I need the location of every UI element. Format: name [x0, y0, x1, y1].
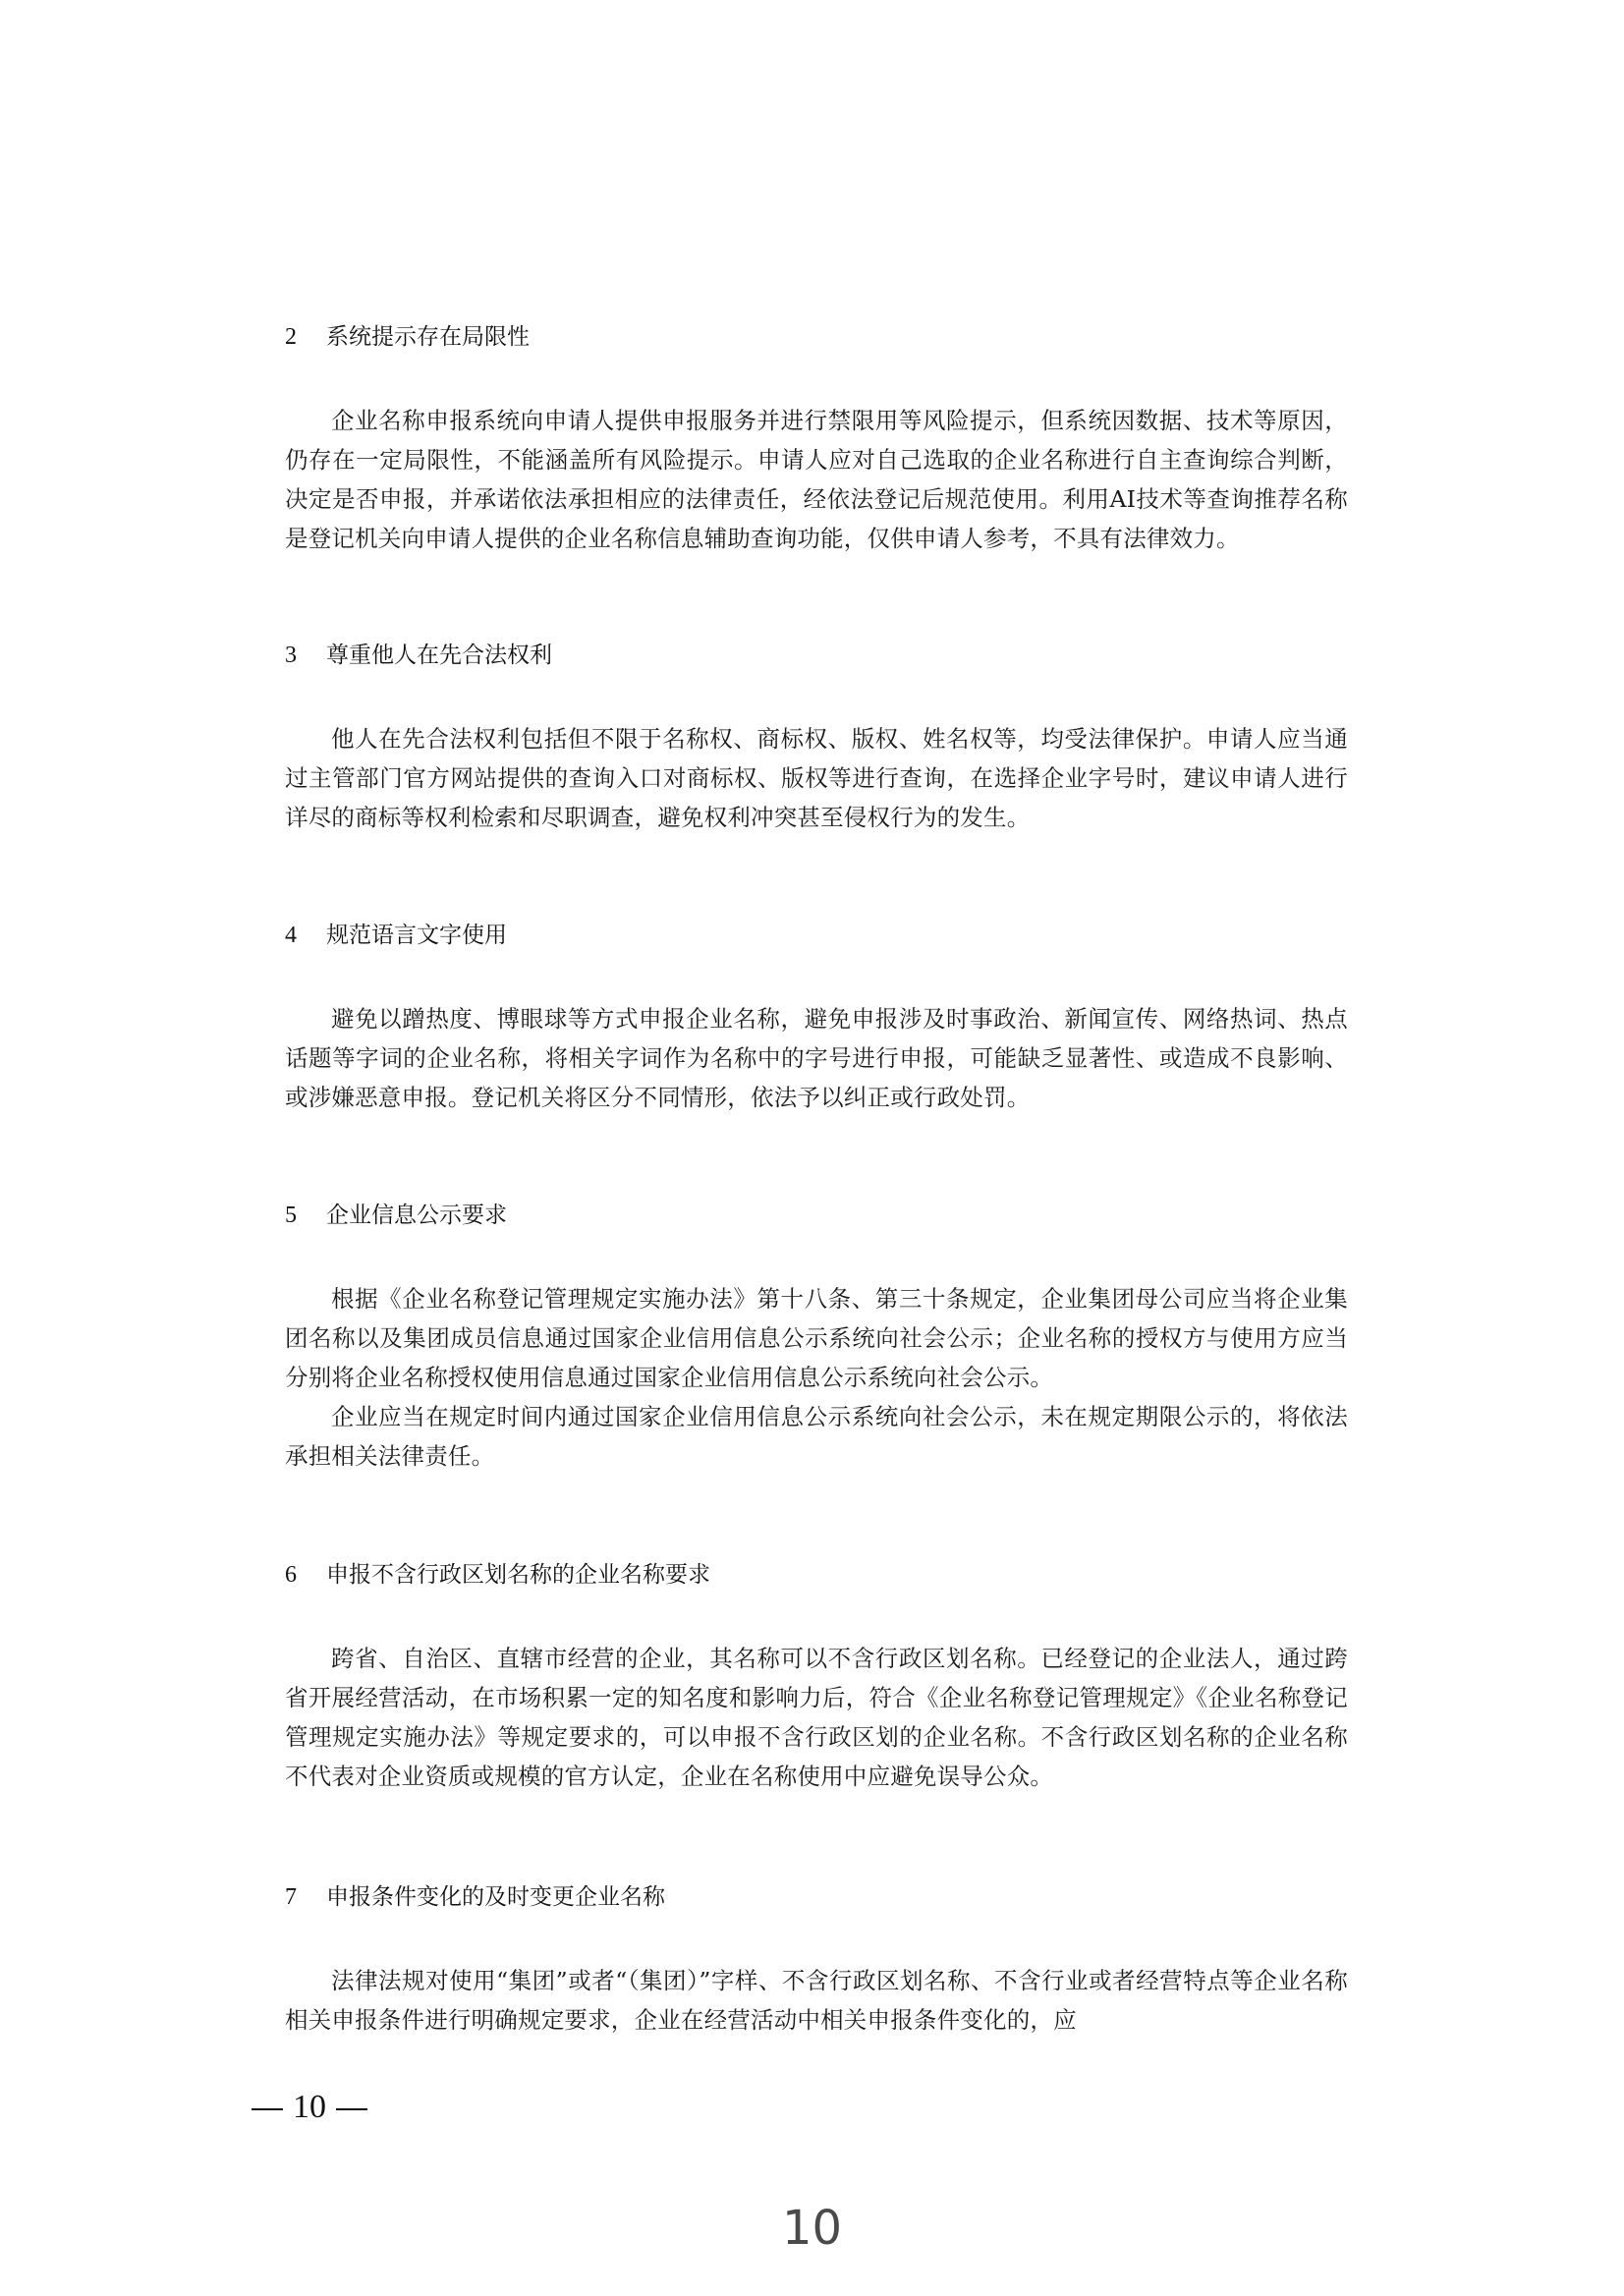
paragraph: 企业名称申报系统向申请人提供申报服务并进行禁限用等风险提示，但系统因数据、技术等…	[285, 401, 1348, 558]
paragraph: 跨省、自治区、直辖市经营的企业，其名称可以不含行政区划名称。已经登记的企业法人，…	[285, 1639, 1348, 1796]
section-heading: 6申报不含行政区划名称的企业名称要求	[285, 1560, 1348, 1590]
dash-right	[336, 2108, 367, 2110]
viewer-page-number: 10	[0, 2201, 1624, 2256]
document-page: 2系统提示存在局限性 企业名称申报系统向申请人提供申报服务并进行禁限用等风险提示…	[0, 0, 1624, 2296]
section-title: 企业信息公示要求	[326, 1203, 507, 1228]
paragraph: 企业应当在规定时间内通过国家企业信用信息公示系统向社会公示，未在规定期限公示的，…	[285, 1397, 1348, 1476]
section-title: 系统提示存在局限性	[326, 324, 530, 350]
section-heading: 5企业信息公示要求	[285, 1201, 1348, 1230]
section-heading: 3尊重他人在先合法权利	[285, 641, 1348, 670]
section-3: 3尊重他人在先合法权利 他人在先合法权利包括但不限于名称权、商标权、版权、姓名权…	[285, 641, 1348, 837]
section-heading: 2系统提示存在局限性	[285, 322, 1348, 352]
paragraph: 法律法规对使用“集团”或者“（集团）”字样、不含行政区划名称、不含行业或者经营特…	[285, 1961, 1348, 2040]
section-title: 申报条件变化的及时变更企业名称	[326, 1884, 665, 1910]
section-2: 2系统提示存在局限性 企业名称申报系统向申请人提供申报服务并进行禁限用等风险提示…	[285, 322, 1348, 558]
section-number: 5	[285, 1201, 326, 1230]
section-title: 申报不含行政区划名称的企业名称要求	[326, 1562, 710, 1588]
section-title: 尊重他人在先合法权利	[326, 643, 552, 668]
dash-left	[252, 2108, 283, 2110]
section-4: 4规范语言文字使用 避免以蹭热度、博眼球等方式申报企业名称，避免申报涉及时事政治…	[285, 921, 1348, 1117]
section-number: 2	[285, 322, 326, 352]
section-heading: 4规范语言文字使用	[285, 921, 1348, 950]
section-title: 规范语言文字使用	[326, 923, 507, 948]
paragraph: 他人在先合法权利包括但不限于名称权、商标权、版权、姓名权等，均受法律保护。申请人…	[285, 719, 1348, 837]
paragraph: 根据《企业名称登记管理规定实施办法》第十八条、第三十条规定，企业集团母公司应当将…	[285, 1279, 1348, 1397]
paragraph: 避免以蹭热度、博眼球等方式申报企业名称，避免申报涉及时事政治、新闻宣传、网络热词…	[285, 999, 1348, 1117]
section-5: 5企业信息公示要求 根据《企业名称登记管理规定实施办法》第十八条、第三十条规定，…	[285, 1201, 1348, 1476]
section-number: 3	[285, 641, 326, 670]
printed-page-number: 10	[242, 2089, 377, 2126]
section-number: 4	[285, 921, 326, 950]
section-number: 6	[285, 1560, 326, 1590]
section-6: 6申报不含行政区划名称的企业名称要求 跨省、自治区、直辖市经营的企业，其名称可以…	[285, 1560, 1348, 1796]
printed-page-number-text: 10	[293, 2089, 326, 2125]
section-number: 7	[285, 1882, 326, 1912]
section-heading: 7申报条件变化的及时变更企业名称	[285, 1882, 1348, 1912]
section-7: 7申报条件变化的及时变更企业名称 法律法规对使用“集团”或者“（集团）”字样、不…	[285, 1882, 1348, 2040]
